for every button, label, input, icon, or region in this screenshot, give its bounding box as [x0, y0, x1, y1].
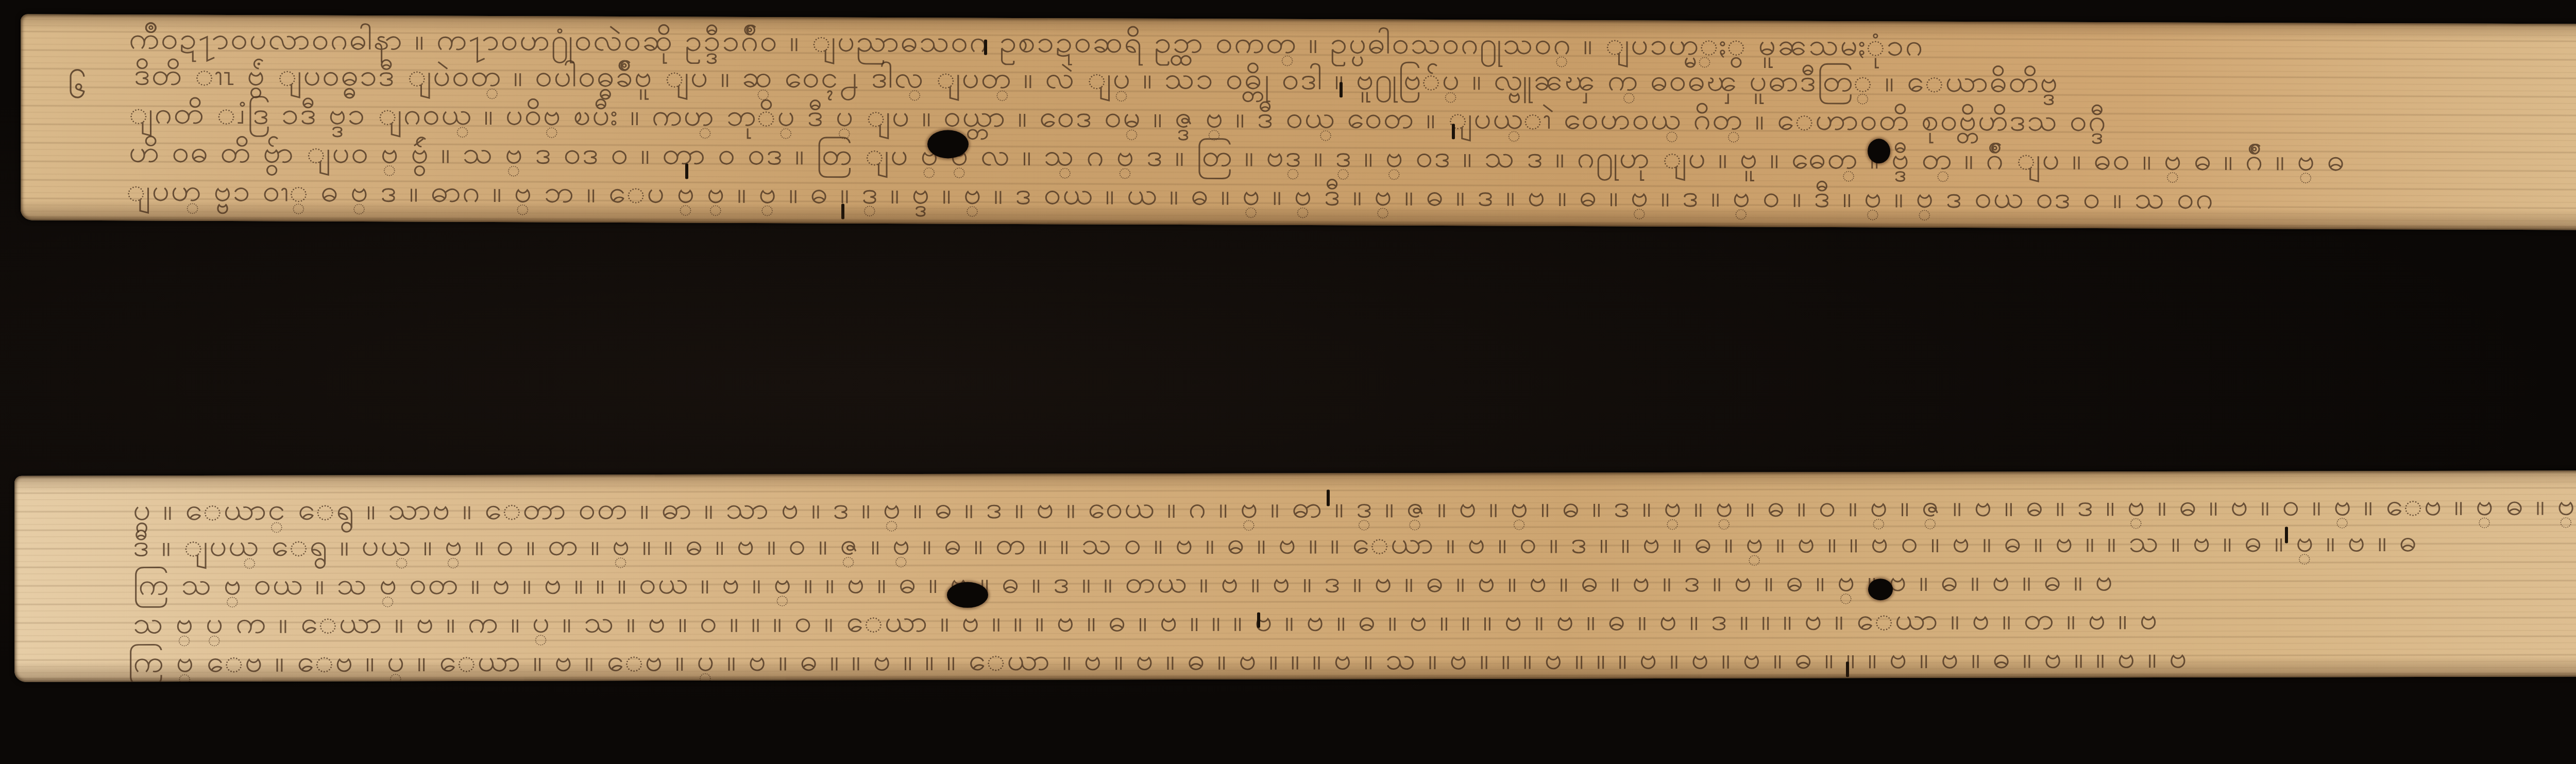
- string-hole-left: [927, 130, 969, 158]
- section-mark: [2285, 527, 2288, 543]
- section-mark: [1452, 124, 1455, 139]
- string-hole-right: [1868, 579, 1893, 600]
- section-mark: [841, 204, 844, 219]
- section-mark: [1257, 613, 1260, 628]
- section-mark: [1846, 661, 1849, 677]
- section-mark: [984, 40, 987, 55]
- palm-leaf-top: ၆ ကိဳ၀ဍ႑ာ၀ပလာ၀ဂဓါနာ ။ က႑ာ၀ဟ႐ုံ၀လဲ၀ဆို ဥၥ…: [21, 14, 2576, 231]
- palm-leaf-bottom: ပ္ဂ ။ ေယာင္ ေရွ ။ သာဗ ။ ေတာ ၀တ ။ ဓာ ။ သာ…: [14, 470, 2576, 682]
- section-mark: [1340, 82, 1343, 97]
- section-mark: [1327, 489, 1330, 506]
- section-mark: [685, 163, 688, 179]
- string-hole-left: [947, 582, 988, 608]
- page-number: ၆: [68, 66, 87, 114]
- string-hole-right: [1868, 139, 1890, 163]
- text-line: ျပဟ္ ဗ္ဗ၁ ၀ၫ္ ဓ ဗ္ ဒ ။ ဓာဂ ။ ဗ္ ဘ ။ ေပ ဗ…: [126, 172, 2214, 224]
- text-line: ကြ ဗ္ ေဗ ။ ေဗ ။ ပ္ ။ ေယာ ။ ဗ ။ ေဗ ။ ပ္ ။…: [128, 639, 2188, 682]
